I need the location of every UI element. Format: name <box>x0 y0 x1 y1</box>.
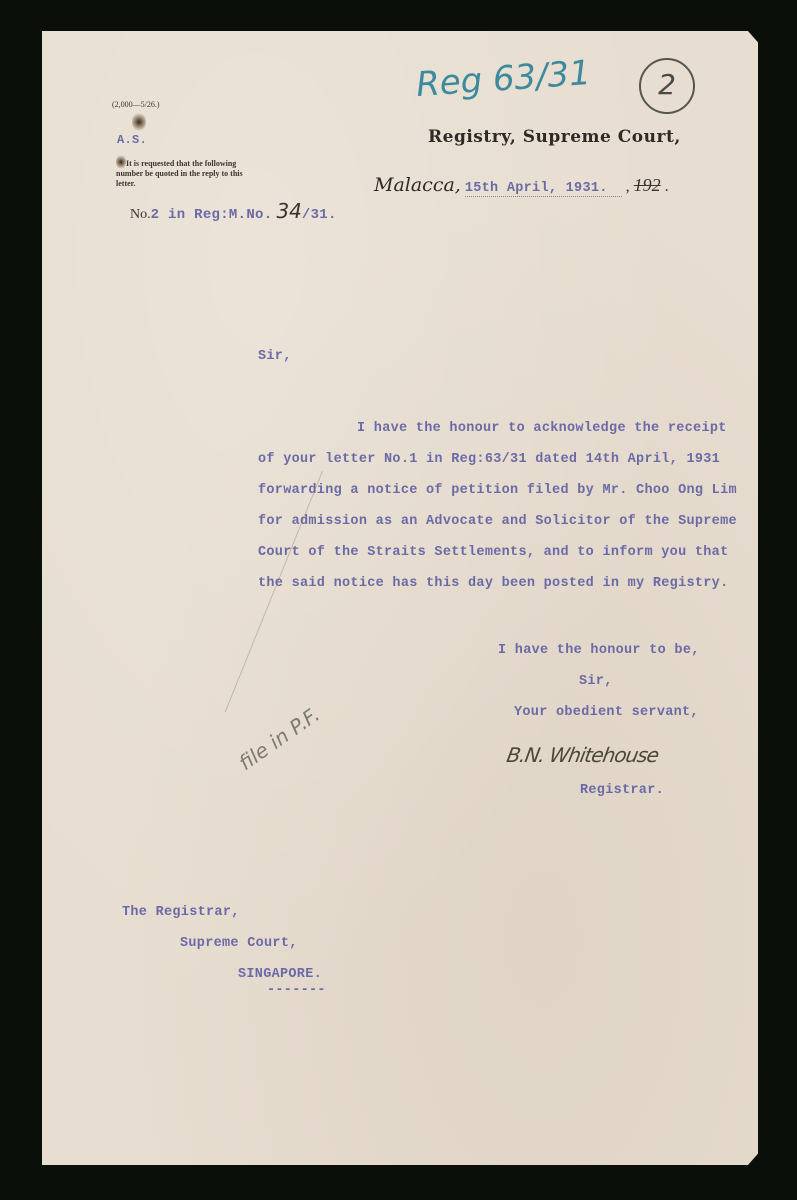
addressee-line-2: Supreme Court, <box>180 936 298 951</box>
print-code: (2,000—5/26.) <box>112 100 160 109</box>
letter-page: Reg 63/31 2 (2,000—5/26.) A.S. It is req… <box>42 31 758 1165</box>
typist-initials: A.S. <box>117 133 147 147</box>
body-line: the said notice has this day been posted… <box>258 568 737 599</box>
quote-notice-line: letter. <box>116 179 286 189</box>
quote-notice-line: number be quoted in the reply to this <box>116 169 286 179</box>
year-end-mark: . <box>665 178 669 195</box>
place-date-line: Malacca, 15th April, 1931. , 192 . <box>374 174 669 196</box>
addressee-rule: ------- <box>267 983 326 998</box>
signatory-title: Registrar. <box>580 783 664 798</box>
circled-page-number: 2 <box>639 58 695 114</box>
handwritten-reg-number: Reg 63/31 <box>415 53 592 105</box>
closing-line-3: Your obedient servant, <box>514 705 699 720</box>
body-line: Court of the Straits Settlements, and to… <box>258 537 737 568</box>
body-line: of your letter No.1 in Reg:63/31 dated 1… <box>258 444 737 475</box>
closing-line-2: Sir, <box>579 674 613 689</box>
reference-prefix: No. <box>130 207 151 222</box>
ink-stain-top <box>132 113 146 131</box>
circled-number-text: 2 <box>641 60 693 110</box>
reference-suffix: /31. <box>302 207 337 223</box>
salutation: Sir, <box>258 349 292 364</box>
printed-year-struck: 192 <box>634 175 661 195</box>
signature: B.N. Whitehouse <box>505 743 660 767</box>
letter-date: 15th April, 1931. <box>465 181 622 197</box>
closing-line-1: I have the honour to be, <box>498 643 700 658</box>
marginal-note: file in P.F. <box>234 702 324 775</box>
body-line: I have the honour to acknowledge the rec… <box>258 413 737 444</box>
quote-notice: It is requested that the following numbe… <box>116 159 286 189</box>
addressee-line-1: The Registrar, <box>122 905 240 920</box>
reference-handwritten: 34 <box>276 199 301 223</box>
body-line: for admission as an Advocate and Solicit… <box>258 506 737 537</box>
reference-typed: 2 in Reg:M.No. <box>151 207 273 223</box>
addressee-line-3: SINGAPORE. <box>238 967 322 982</box>
quote-notice-line: It is requested that the following <box>116 159 286 169</box>
office-heading: Registry, Supreme Court, <box>428 127 681 147</box>
letter-body: I have the honour to acknowledge the rec… <box>258 413 737 599</box>
body-line: forwarding a notice of petition filed by… <box>258 475 737 506</box>
place-name: Malacca, <box>374 174 461 196</box>
reference-number: No.2 in Reg:M.No. 34/31. <box>130 199 337 223</box>
reg-number-text: Reg 63/31 <box>415 53 592 105</box>
